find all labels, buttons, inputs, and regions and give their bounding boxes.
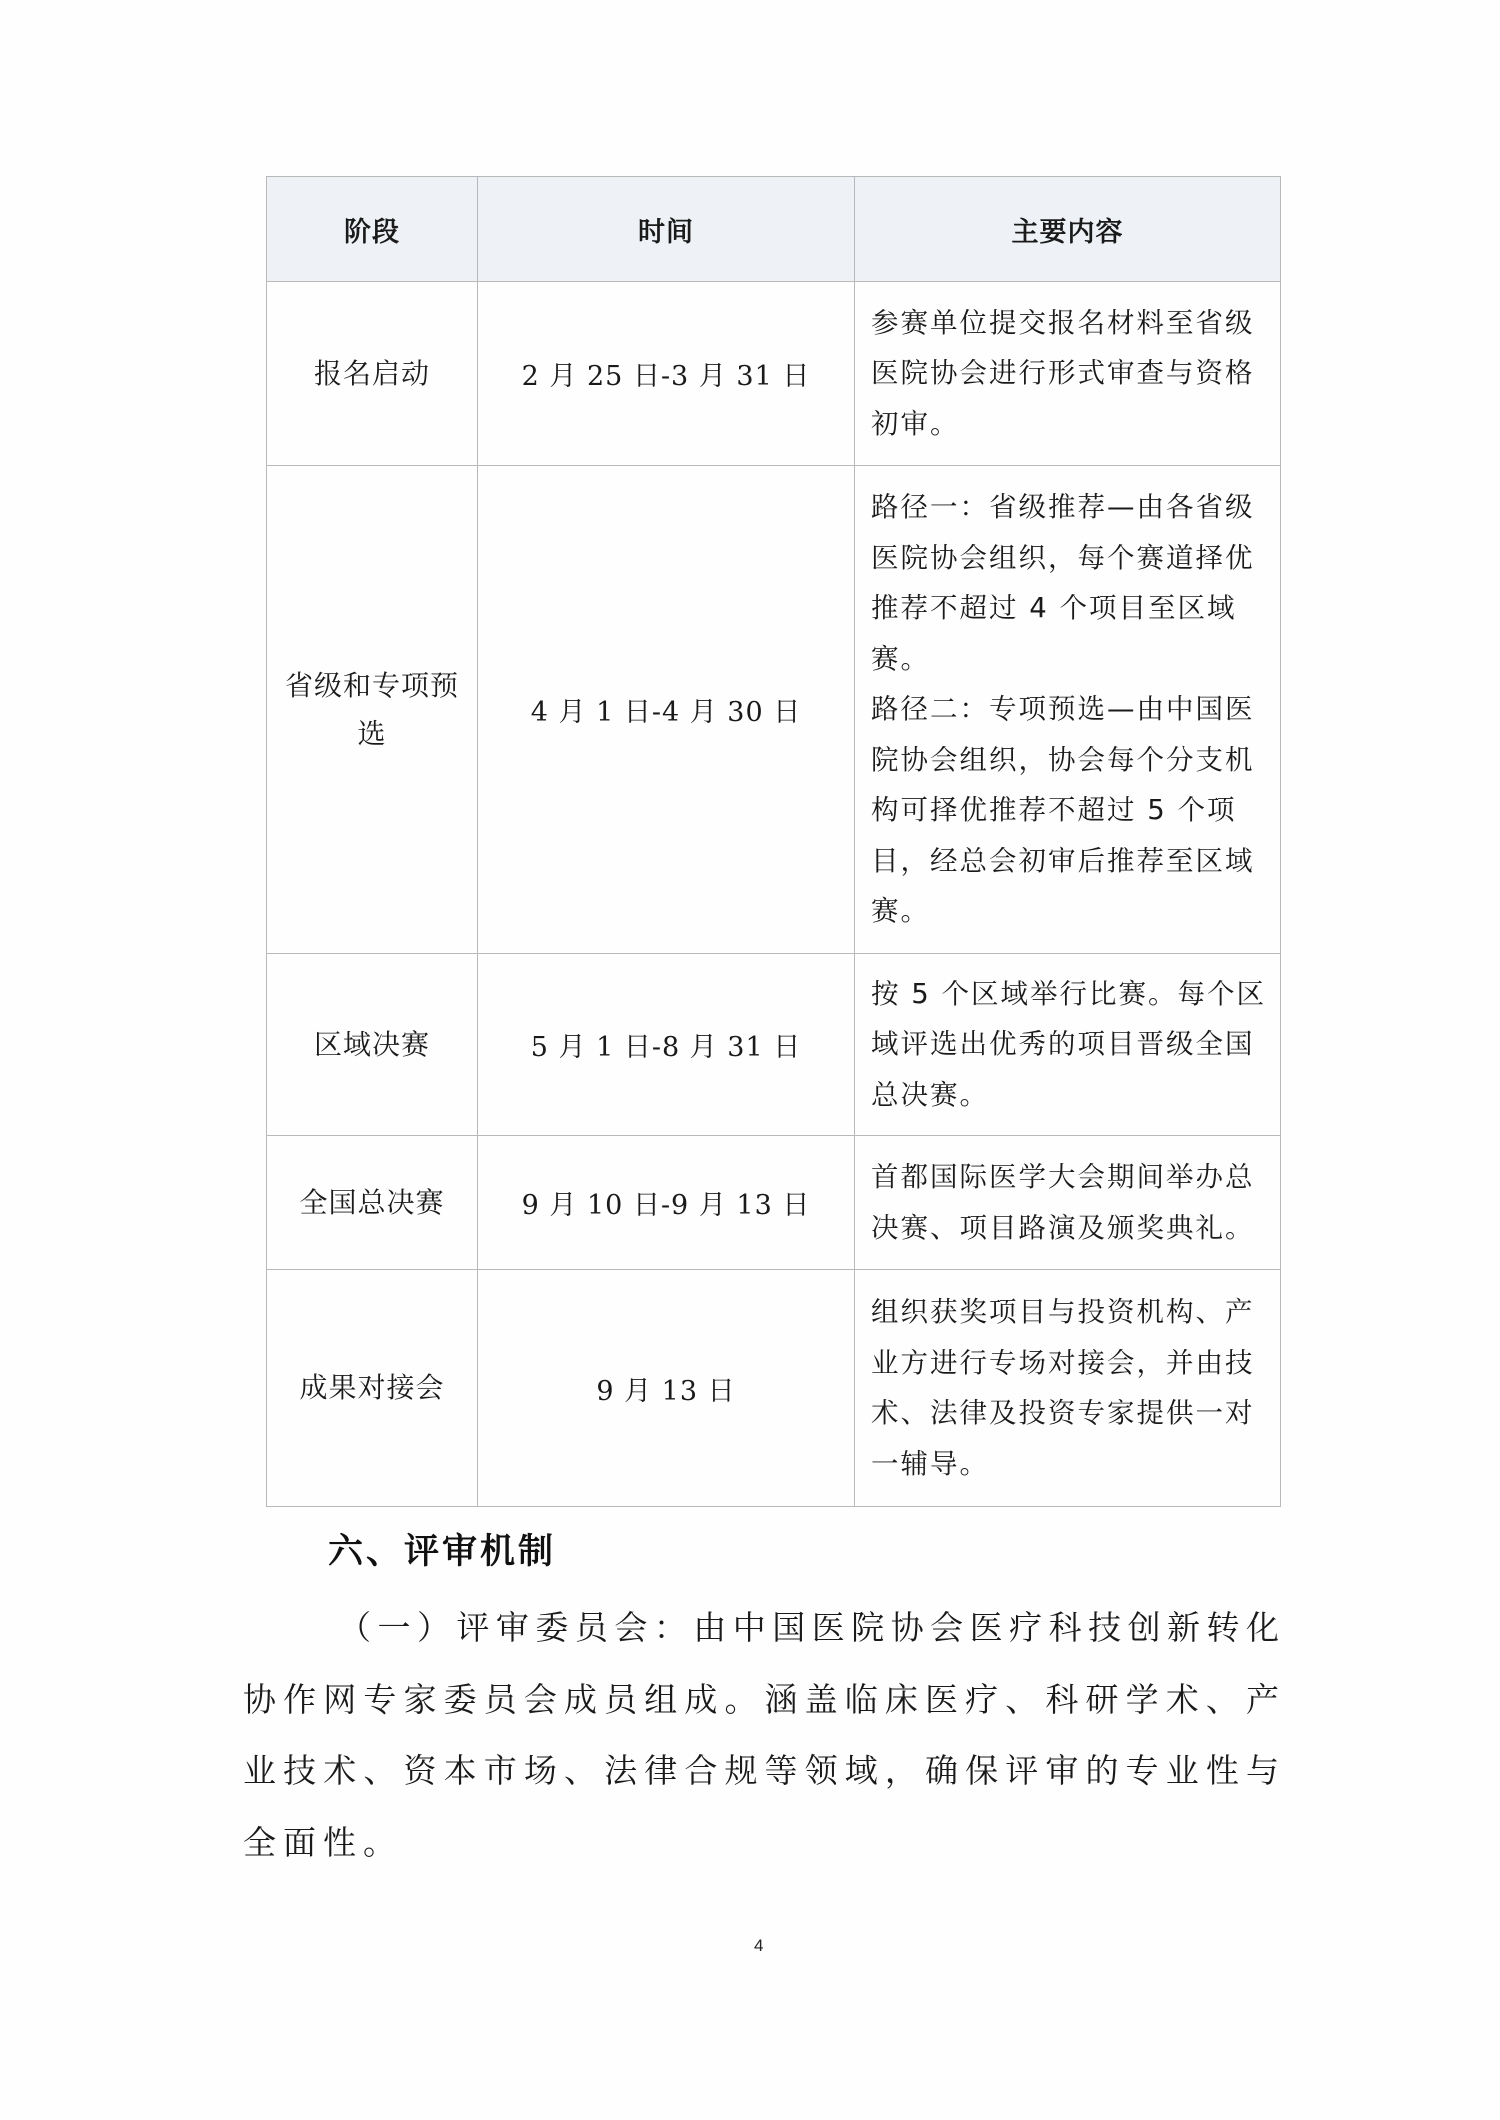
stage-label: 报名启动	[314, 357, 430, 390]
table-row: 全国总决赛 9 月 10 日-9 月 13 日 首都国际医学大会期间举办总 决赛…	[267, 1136, 1281, 1270]
content-line: 赛。	[871, 634, 1280, 685]
section-heading: 六、评审机制	[328, 1524, 556, 1574]
table-row: 省级和专项预 选 4 月 1 日-4 月 30 日 路径一：省级推荐—由各省级 …	[267, 466, 1281, 954]
content-line: 院协会组织，协会每个分支机	[871, 735, 1280, 786]
page-number: 4	[754, 1936, 763, 1956]
content-line: 按 5 个区域举行比赛。每个区	[871, 969, 1280, 1020]
paragraph-line: 协作网专家委员会成员组成。涵盖临床医疗、科研学术、产	[243, 1674, 1279, 1746]
table-row: 成果对接会 9 月 13 日 组织获奖项目与投资机构、产 业方进行专场对接会，并…	[267, 1270, 1281, 1507]
paragraph-line: 全面性。	[243, 1817, 1279, 1889]
content-cell: 首都国际医学大会期间举办总 决赛、项目路演及颁奖典礼。	[855, 1136, 1281, 1270]
content-cell: 组织获奖项目与投资机构、产 业方进行专场对接会，并由技 术、法律及投资专家提供一…	[855, 1270, 1281, 1507]
content-line: 组织获奖项目与投资机构、产	[871, 1287, 1280, 1338]
header-content: 主要内容	[855, 177, 1281, 282]
header-time: 时间	[478, 177, 855, 282]
table-row: 区域决赛 5 月 1 日-8 月 31 日 按 5 个区域举行比赛。每个区 域评…	[267, 954, 1281, 1136]
content-line: 路径二：专项预选—由中国医	[871, 684, 1280, 735]
content-line: 业方进行专场对接会，并由技	[871, 1338, 1280, 1389]
time-cell: 9 月 10 日-9 月 13 日	[478, 1136, 855, 1270]
content-line: 初审。	[871, 399, 1280, 450]
content-line: 推荐不超过 4 个项目至区域	[871, 583, 1280, 634]
content-line: 赛。	[871, 886, 1280, 937]
content-line: 医院协会组织，每个赛道择优	[871, 533, 1280, 584]
content-line: 目，经总会初审后推荐至区域	[871, 836, 1280, 887]
content-line: 参赛单位提交报名材料至省级	[871, 298, 1280, 349]
stage-cell: 全国总决赛	[267, 1136, 478, 1270]
content-line: 首都国际医学大会期间举办总	[871, 1152, 1280, 1203]
stage-cell: 省级和专项预 选	[267, 466, 478, 954]
table-header-row: 阶段 时间 主要内容	[267, 177, 1281, 282]
stage-label: 成果对接会	[299, 1371, 444, 1404]
table-row: 报名启动 2 月 25 日-3 月 31 日 参赛单位提交报名材料至省级 医院协…	[267, 282, 1281, 466]
content-line: 术、法律及投资专家提供一对	[871, 1388, 1280, 1439]
content-line: 构可择优推荐不超过 5 个项	[871, 785, 1280, 836]
time-cell: 9 月 13 日	[478, 1270, 855, 1507]
time-cell: 2 月 25 日-3 月 31 日	[478, 282, 855, 466]
paragraph-line: 业技术、资本市场、法律合规等领域，确保评审的专业性与	[243, 1745, 1279, 1817]
content-line: 医院协会进行形式审查与资格	[871, 348, 1280, 399]
content-line: 域评选出优秀的项目晋级全国	[871, 1019, 1280, 1070]
content-cell: 按 5 个区域举行比赛。每个区 域评选出优秀的项目晋级全国 总决赛。	[855, 954, 1281, 1136]
document-page: 阶段 时间 主要内容 报名启动 2 月 25 日-3 月 31 日 参赛单位提交…	[0, 0, 1500, 2120]
section-paragraph: （一）评审委员会：由中国医院协会医疗科技创新转化 协作网专家委员会成员组成。涵盖…	[243, 1602, 1279, 1888]
stage-cell: 区域决赛	[267, 954, 478, 1136]
stage-label: 全国总决赛	[299, 1186, 444, 1219]
stage-label: 区域决赛	[314, 1028, 430, 1061]
stage-cell: 成果对接会	[267, 1270, 478, 1507]
time-cell: 4 月 1 日-4 月 30 日	[478, 466, 855, 954]
content-line: 总决赛。	[871, 1070, 1280, 1121]
time-cell: 5 月 1 日-8 月 31 日	[478, 954, 855, 1136]
content-line: 决赛、项目路演及颁奖典礼。	[871, 1203, 1280, 1254]
stage-cell: 报名启动	[267, 282, 478, 466]
content-cell: 参赛单位提交报名材料至省级 医院协会进行形式审查与资格 初审。	[855, 282, 1281, 466]
stage-label: 省级和专项预	[267, 662, 477, 710]
header-stage: 阶段	[267, 177, 478, 282]
schedule-table: 阶段 时间 主要内容 报名启动 2 月 25 日-3 月 31 日 参赛单位提交…	[266, 176, 1281, 1507]
content-line: 路径一：省级推荐—由各省级	[871, 482, 1280, 533]
content-line: 一辅导。	[871, 1439, 1280, 1490]
content-cell: 路径一：省级推荐—由各省级 医院协会组织，每个赛道择优 推荐不超过 4 个项目至…	[855, 466, 1281, 954]
paragraph-line: （一）评审委员会：由中国医院协会医疗科技创新转化	[243, 1602, 1279, 1674]
stage-label: 选	[267, 710, 477, 758]
